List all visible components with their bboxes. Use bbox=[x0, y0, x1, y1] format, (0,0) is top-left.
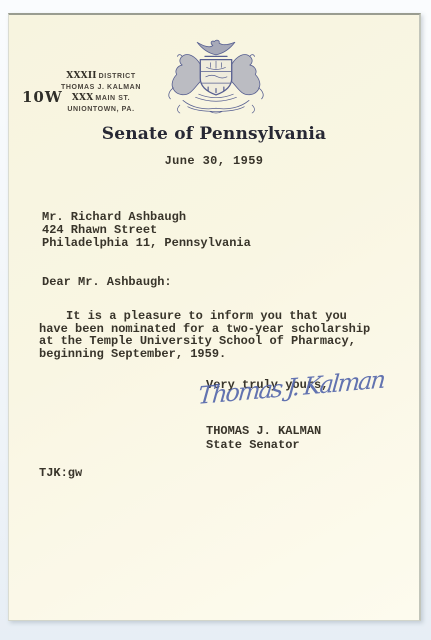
signer-title: State Senator bbox=[206, 438, 321, 452]
city-line: UNIONTOWN, PA. bbox=[31, 104, 171, 115]
body-line: beginning September, 1959. bbox=[39, 348, 370, 361]
signer-name: THOMAS J. KALMAN bbox=[206, 424, 321, 438]
letter-date: June 30, 1959 bbox=[9, 154, 419, 168]
letterhead-title: Senate of Pennsylvania bbox=[9, 124, 419, 144]
letter-body: It is a pleasure to inform you that you … bbox=[39, 310, 370, 360]
reference-initials: TJK:gw bbox=[39, 466, 82, 480]
letterhead-address-block: XXXIIDISTRICT THOMAS J. KALMAN XXXMAIN S… bbox=[31, 71, 171, 115]
street-number-redacted: XXX bbox=[72, 93, 94, 103]
body-line: at the Temple University School of Pharm… bbox=[39, 335, 370, 348]
body-line: It is a pleasure to inform you that you bbox=[39, 310, 370, 323]
district-label: DISTRICT bbox=[99, 73, 136, 80]
senator-name-line: THOMAS J. KALMAN bbox=[31, 82, 171, 93]
letter-paper: 10W XXXIIDISTRICT THOMAS J. KALMAN XXXMA… bbox=[8, 13, 421, 621]
pennsylvania-coat-of-arms-icon bbox=[161, 39, 271, 121]
district-number-redacted: XXXII bbox=[66, 71, 96, 81]
district-line: XXXIIDISTRICT bbox=[31, 71, 171, 82]
street-line: XXXMAIN ST. bbox=[31, 93, 171, 104]
street-label: MAIN ST. bbox=[95, 95, 130, 102]
salutation: Dear Mr. Ashbaugh: bbox=[42, 275, 172, 289]
recipient-city: Philadelphia 11, Pennsylvania bbox=[42, 237, 251, 250]
signature-block: THOMAS J. KALMAN State Senator bbox=[206, 424, 321, 452]
signature-handwritten: Thomas J. Kalman bbox=[197, 365, 389, 410]
recipient-address-block: Mr. Richard Ashbaugh 424 Rhawn Street Ph… bbox=[42, 211, 251, 250]
